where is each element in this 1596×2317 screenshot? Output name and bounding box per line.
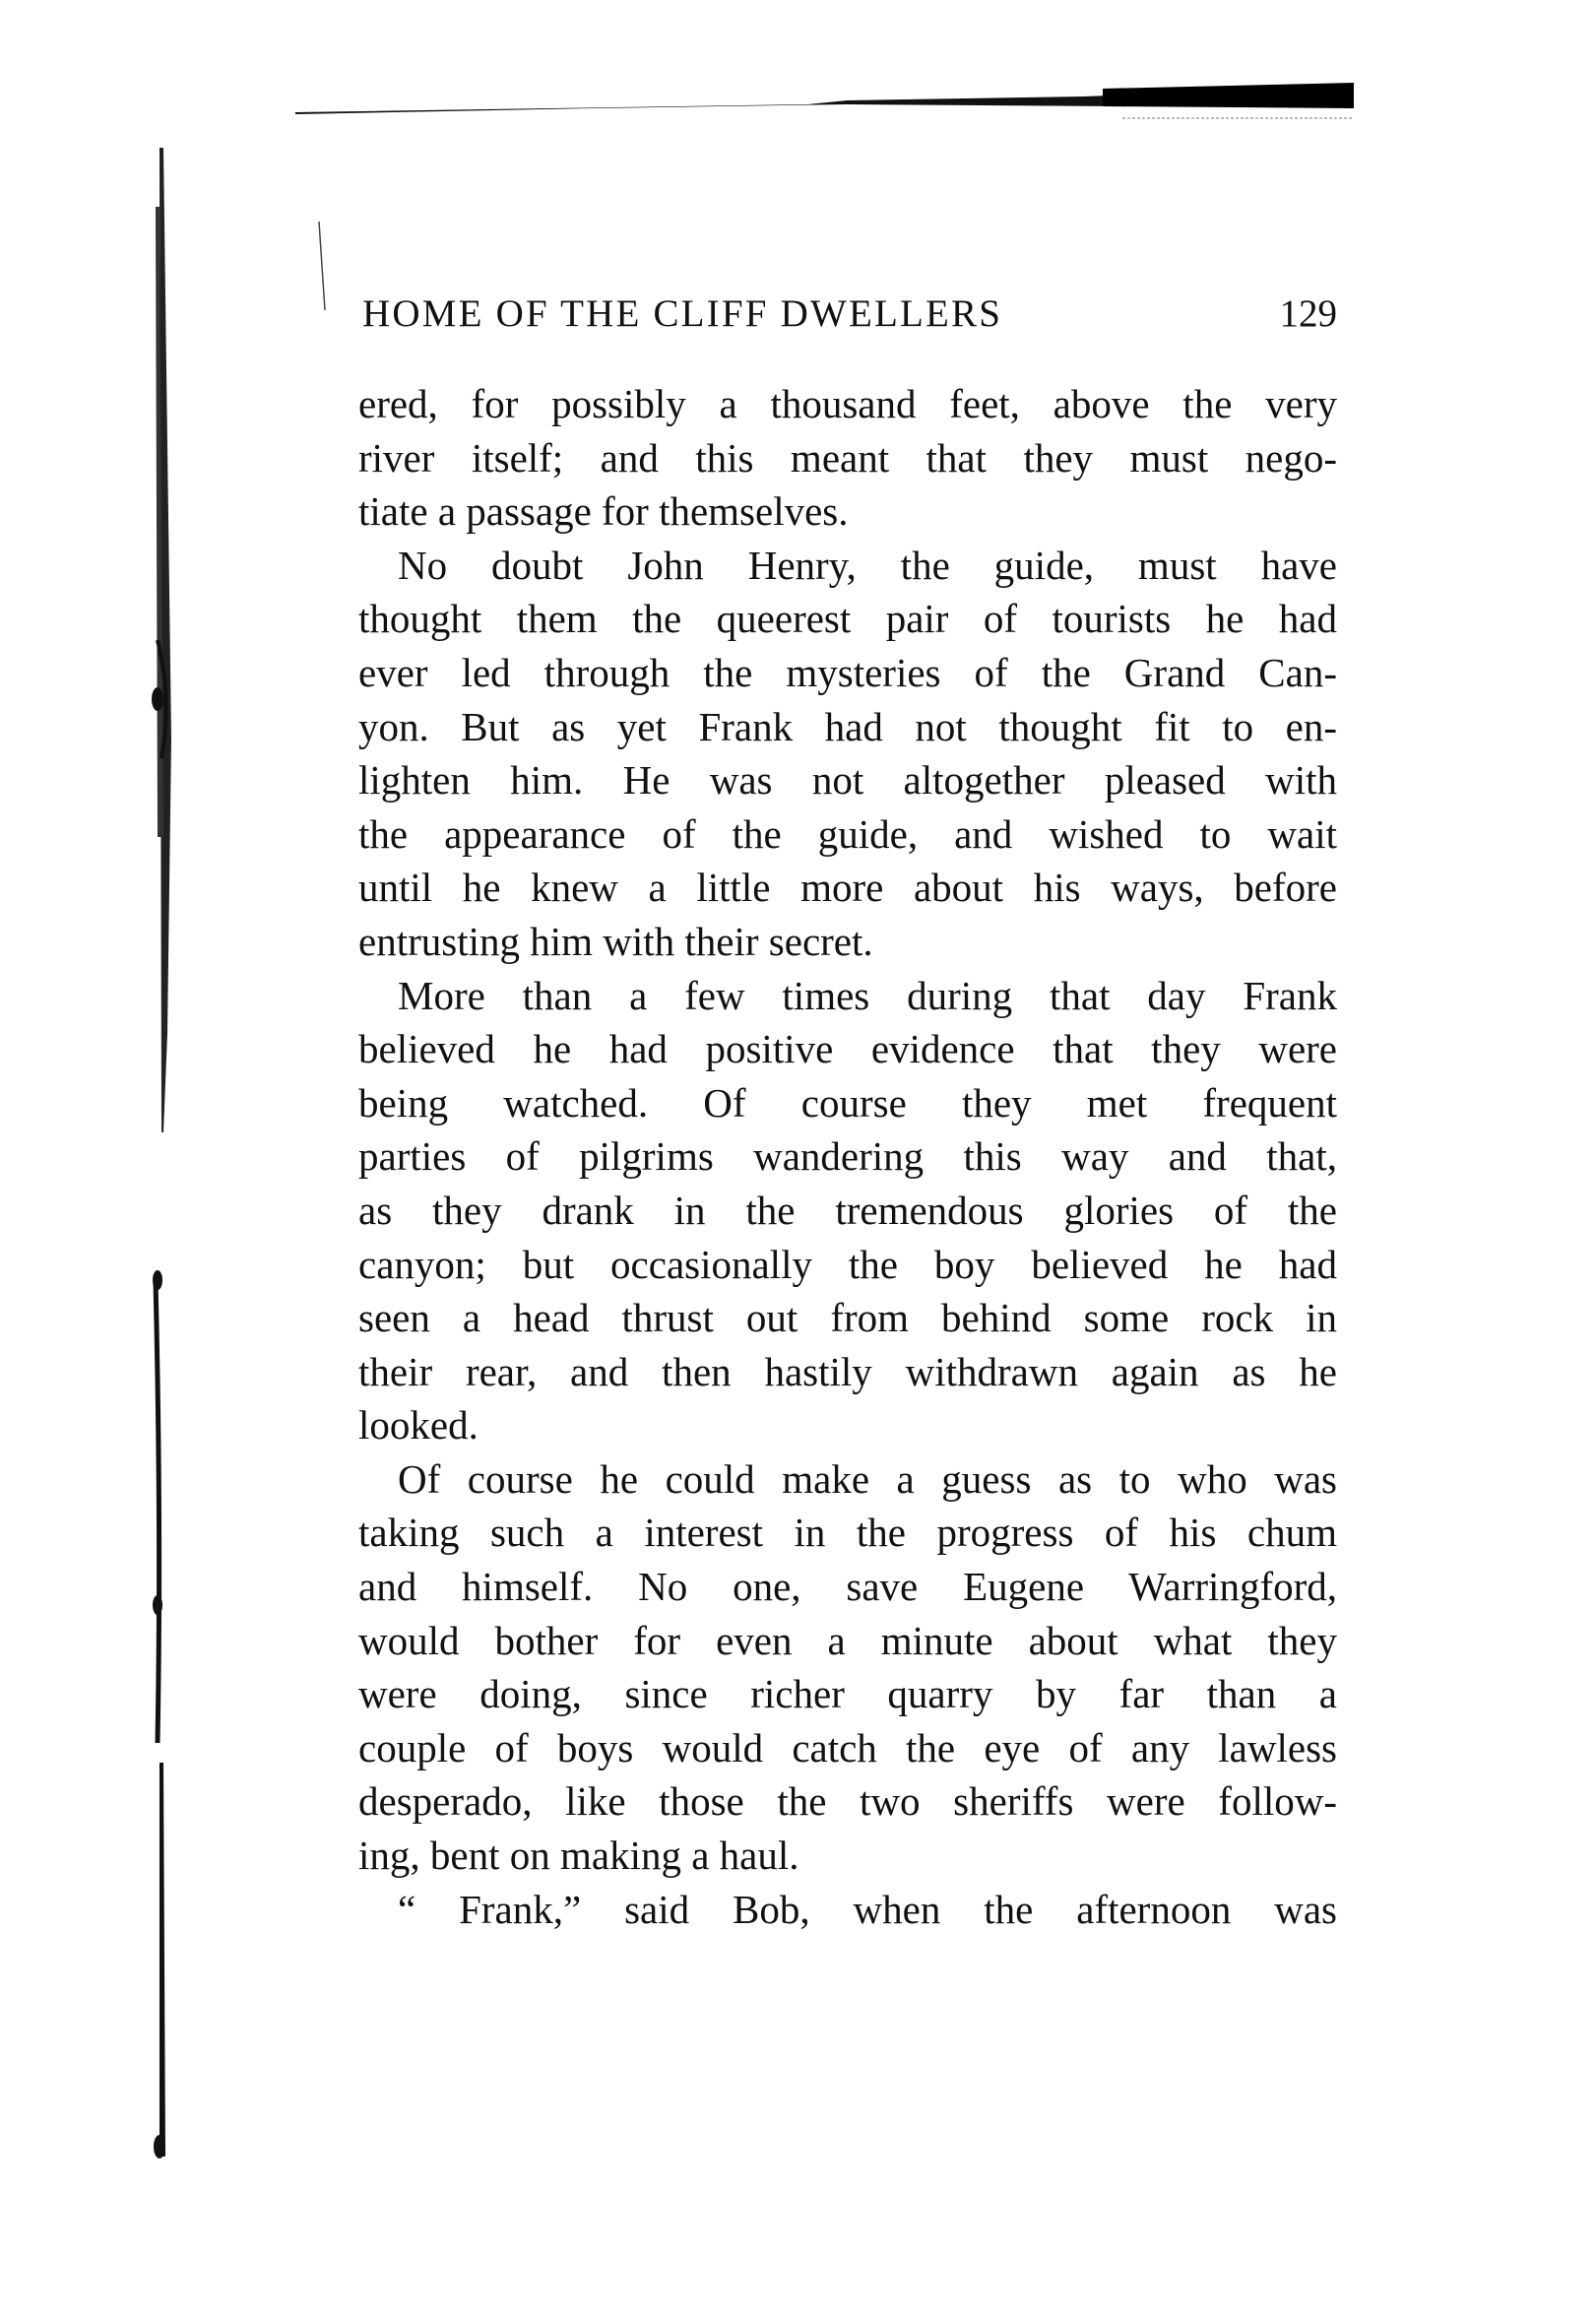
text-line: believed he had positive evidence that t… <box>358 1022 1337 1076</box>
text-line: tiate a passage for themselves. <box>358 484 1337 539</box>
text-line: until he knew a little more about his wa… <box>358 861 1337 915</box>
text-line: Of course he could make a guess as to wh… <box>358 1452 1337 1507</box>
text-line: looked. <box>358 1398 1337 1452</box>
text-line: were doing, since richer quarry by far t… <box>358 1667 1337 1721</box>
book-page: HOME OF THE CLIFF DWELLERS 129 ered, for… <box>0 0 1596 2317</box>
text-line: ered, for possibly a thousand feet, abov… <box>358 377 1337 431</box>
text-line: and himself. No one, save Eugene Warring… <box>358 1560 1337 1614</box>
scan-edge-shadow <box>295 83 1354 122</box>
text-line: seen a head thrust out from behind some … <box>358 1291 1337 1345</box>
text-line: lighten him. He was not altogether pleas… <box>358 753 1337 807</box>
gutter-mark <box>317 222 329 310</box>
text-line: river itself; and this meant that they m… <box>358 431 1337 485</box>
text-line: parties of pilgrims wandering this way a… <box>358 1129 1337 1184</box>
text-line: entrusting him with their secret. <box>358 915 1337 969</box>
text-line: taking such a interest in the progress o… <box>358 1506 1337 1560</box>
text-line: their rear, and then hastily withdrawn a… <box>358 1345 1337 1399</box>
text-line: yon. But as yet Frank had not thought fi… <box>358 700 1337 754</box>
text-line: couple of boys would catch the eye of an… <box>358 1721 1337 1775</box>
text-line: canyon; but occasionally the boy believe… <box>358 1238 1337 1292</box>
binding-shadow <box>138 148 197 2176</box>
text-line: “ Frank,” said Bob, when the afternoon w… <box>358 1883 1337 1937</box>
text-line: being watched. Of course they met freque… <box>358 1076 1337 1130</box>
text-line: ever led through the mysteries of the Gr… <box>358 646 1337 700</box>
page-number: 129 <box>1280 291 1338 336</box>
body-text: ered, for possibly a thousand feet, abov… <box>358 377 1337 1936</box>
running-head: HOME OF THE CLIFF DWELLERS 129 <box>362 291 1337 343</box>
text-line: No doubt John Henry, the guide, must hav… <box>358 539 1337 593</box>
text-line: thought them the queerest pair of touris… <box>358 592 1337 646</box>
text-line: would bother for even a minute about wha… <box>358 1614 1337 1668</box>
text-line: as they drank in the tremendous glories … <box>358 1184 1337 1238</box>
running-head-title: HOME OF THE CLIFF DWELLERS <box>362 291 1002 336</box>
text-line: the appearance of the guide, and wished … <box>358 807 1337 862</box>
text-line: desperado, like those the two sheriffs w… <box>358 1774 1337 1829</box>
text-line: ing, bent on making a haul. <box>358 1829 1337 1883</box>
text-line: More than a few times during that day Fr… <box>358 969 1337 1023</box>
